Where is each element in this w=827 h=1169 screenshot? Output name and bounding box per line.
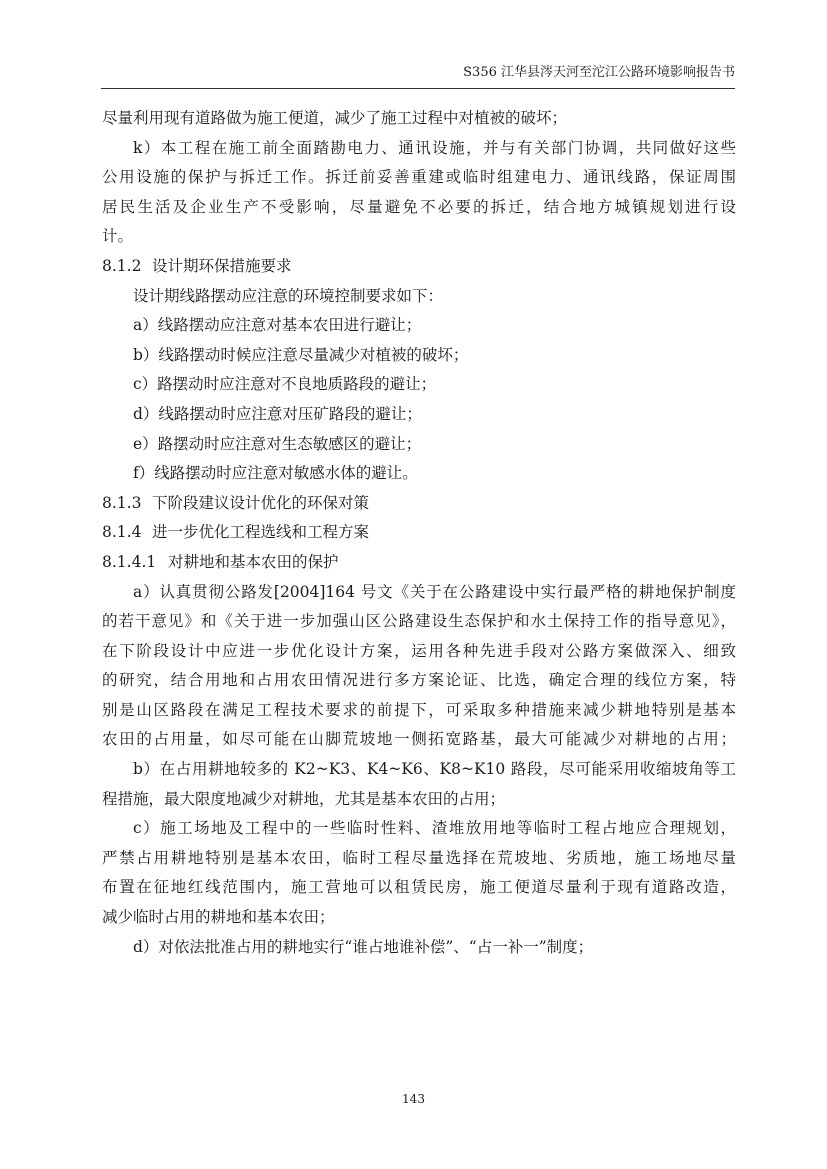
paragraph-line: 程措施，最大限度地减少对耕地，尤其是基本农田的占用；: [102, 785, 736, 815]
paragraph-line: e）路摆动时应注意对生态敏感区的避让；: [102, 430, 736, 460]
paragraph-line: 公用设施的保护与拆迁工作。拆迁前妥善重建或临时组建电力、通讯线路，保证周围: [102, 163, 736, 193]
section-number: 8.1.4.1: [102, 548, 168, 578]
paragraph-line: d）对依法批准占用的耕地实行“谁占地谁补偿”、“占一补一”制度；: [102, 933, 736, 963]
running-header: S356 江华县涔天河至沱江公路环境影响报告书: [101, 62, 735, 89]
paragraph-line: c）路摆动时应注意对不良地质路段的避让；: [102, 370, 736, 400]
paragraph-line: b）线路摆动时候应注意尽量减少对植被的破坏；: [102, 341, 736, 371]
section-heading: 8.1.2设计期环保措施要求: [102, 252, 736, 282]
paragraph-line: 别是山区路段在满足工程技术要求的前提下，可采取多种措施来减少耕地特别是基本: [102, 696, 736, 726]
section-title: 设计期环保措施要求: [152, 257, 292, 275]
paragraph-line: a）线路摆动应注意对基本农田进行避让；: [102, 311, 736, 341]
paragraph-line: 居民生活及企业生产不受影响，尽量避免不必要的拆迁，结合地方城镇规划进行设: [102, 193, 736, 223]
paragraph-line: d）线路摆动时应注意对压矿路段的避让；: [102, 400, 736, 430]
paragraph-line: 在下阶段设计中应进一步优化设计方案，运用各种先进手段对公路方案做深入、细致: [102, 637, 736, 667]
paragraph-line: 尽量利用现有道路做为施工便道，减少了施工过程中对植被的破坏；: [102, 104, 736, 134]
section-number: 8.1.4: [102, 518, 152, 548]
paragraph-line: 布置在征地红线范围内，施工营地可以租赁民房，施工便道尽量利于现有道路改造，: [102, 873, 736, 903]
section-heading: 8.1.3下阶段建议设计优化的环保对策: [102, 489, 736, 519]
paragraph-line: 严禁占用耕地特别是基本农田，临时工程尽量选择在荒坡地、劣质地，施工场地尽量: [102, 844, 736, 874]
paragraph-line: 的若干意见》和《关于进一步加强山区公路建设生态保护和水土保持工作的指导意见》，: [102, 607, 736, 637]
paragraph-line: f）线路摆动时应注意对敏感水体的避让。: [102, 459, 736, 489]
paragraph-line: 的研究，结合用地和占用农田情况进行多方案论证、比选，确定合理的线位方案，特: [102, 666, 736, 696]
section-title: 下阶段建议设计优化的环保对策: [152, 494, 369, 512]
document-title: S356 江华县涔天河至沱江公路环境影响报告书: [463, 65, 735, 80]
section-heading: 8.1.4进一步优化工程选线和工程方案: [102, 518, 736, 548]
page-body: 尽量利用现有道路做为施工便道，减少了施工过程中对植被的破坏；k）本工程在施工前全…: [102, 104, 736, 962]
paragraph-line: 减少临时占用的耕地和基本农田；: [102, 903, 736, 933]
paragraph-line: 计。: [102, 222, 736, 252]
paragraph-line: a）认真贯彻公路发[2004]164 号文《关于在公路建设中实行最严格的耕地保护…: [102, 578, 736, 608]
paragraph-line: 设计期线路摆动应注意的环境控制要求如下：: [102, 282, 736, 312]
section-title: 对耕地和基本农田的保护: [168, 553, 339, 571]
paragraph-line: k）本工程在施工前全面踏勘电力、通讯设施，并与有关部门协调，共同做好这些: [102, 134, 736, 164]
section-number: 8.1.2: [102, 252, 152, 282]
paragraph-line: c）施工场地及工程中的一些临时性料、渣堆放用地等临时工程占地应合理规划，: [102, 814, 736, 844]
paragraph-line: 农田的占用量，如尽可能在山脚荒坡地一侧拓宽路基，最大可能减少对耕地的占用；: [102, 725, 736, 755]
page-number: 143: [0, 1092, 827, 1106]
section-heading: 8.1.4.1对耕地和基本农田的保护: [102, 548, 736, 578]
section-number: 8.1.3: [102, 489, 152, 519]
section-title: 进一步优化工程选线和工程方案: [152, 523, 369, 541]
paragraph-line: b）在占用耕地较多的 K2~K3、K4~K6、K8~K10 路段，尽可能采用收缩…: [102, 755, 736, 785]
